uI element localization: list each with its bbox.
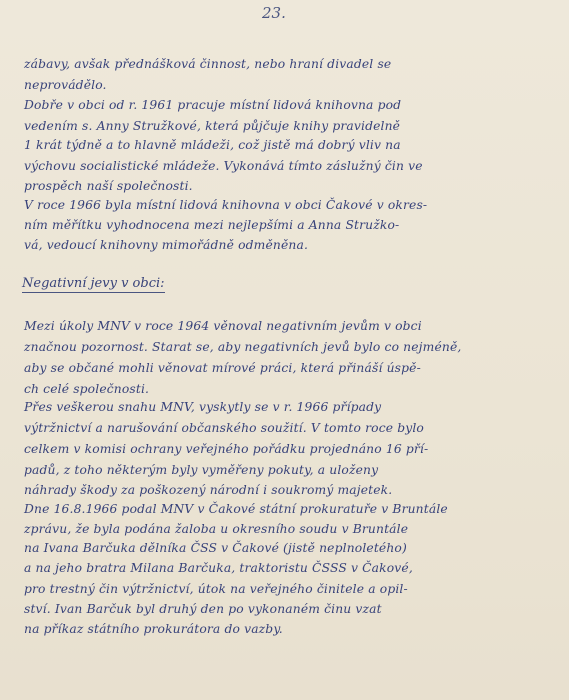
text-line: celkem v komisi ochrany veřejného pořádk… [24,440,554,458]
text-line: Dobře v obci od r. 1961 pracuje místní l… [24,96,554,114]
text-line: a na jeho bratra Milana Barčuka, traktor… [24,559,554,577]
text-line: aby se občané mohli věnovat mírové práci… [24,359,554,377]
text-line: vá, vedoucí knihovny mimořádně odměněna. [24,236,554,254]
text-line: vedením s. Anny Stružkové, která půjčuje… [24,117,554,135]
text-line: padů, z toho některým byly vyměřeny poku… [24,461,554,479]
text-line: ním měřítku vyhodnocena mezi nejlepšími … [24,216,554,234]
text-line: neprovádělo. [24,76,554,94]
text-line: zábavy, avšak přednášková činnost, nebo … [24,55,554,73]
text-line: na příkaz státního prokurátora do vazby. [24,620,554,638]
text-line: ství. Ivan Barčuk byl druhý den po vykon… [24,600,554,618]
text-line: pro trestný čin výtržnictví, útok na veř… [24,580,554,598]
text-line: výchovu socialistické mládeže. Vykonává … [24,157,554,175]
text-line: na Ivana Barčuka dělníka ČSS v Čakové (j… [24,539,554,557]
section-heading: Negativní jevy v obci: [22,276,165,293]
text-line: zprávu, že byla podána žaloba u okresníh… [24,520,554,538]
text-line: náhrady škody za poškozený národní i sou… [24,481,554,499]
text-line: značnou pozornost. Starat se, aby negati… [24,338,554,356]
text-line: výtržnictví a narušování občanského souž… [24,419,554,437]
text-line: Mezi úkoly MNV v roce 1964 věnoval negat… [24,317,554,335]
text-line: Dne 16.8.1966 podal MNV v Čakové státní … [24,500,554,518]
text-line: ch celé společnosti. [24,380,554,398]
text-line: 1 krát týdně a to hlavně mládeži, což ji… [24,136,554,154]
text-line: prospěch naší společnosti. [24,177,554,195]
text-line: V roce 1966 byla místní lidová knihovna … [24,196,554,214]
page-number: 23. [262,4,286,22]
text-line: Přes veškerou snahu MNV, vyskytly se v r… [24,398,554,416]
chronicle-page: 23. zábavy, avšak přednášková činnost, n… [0,0,569,700]
